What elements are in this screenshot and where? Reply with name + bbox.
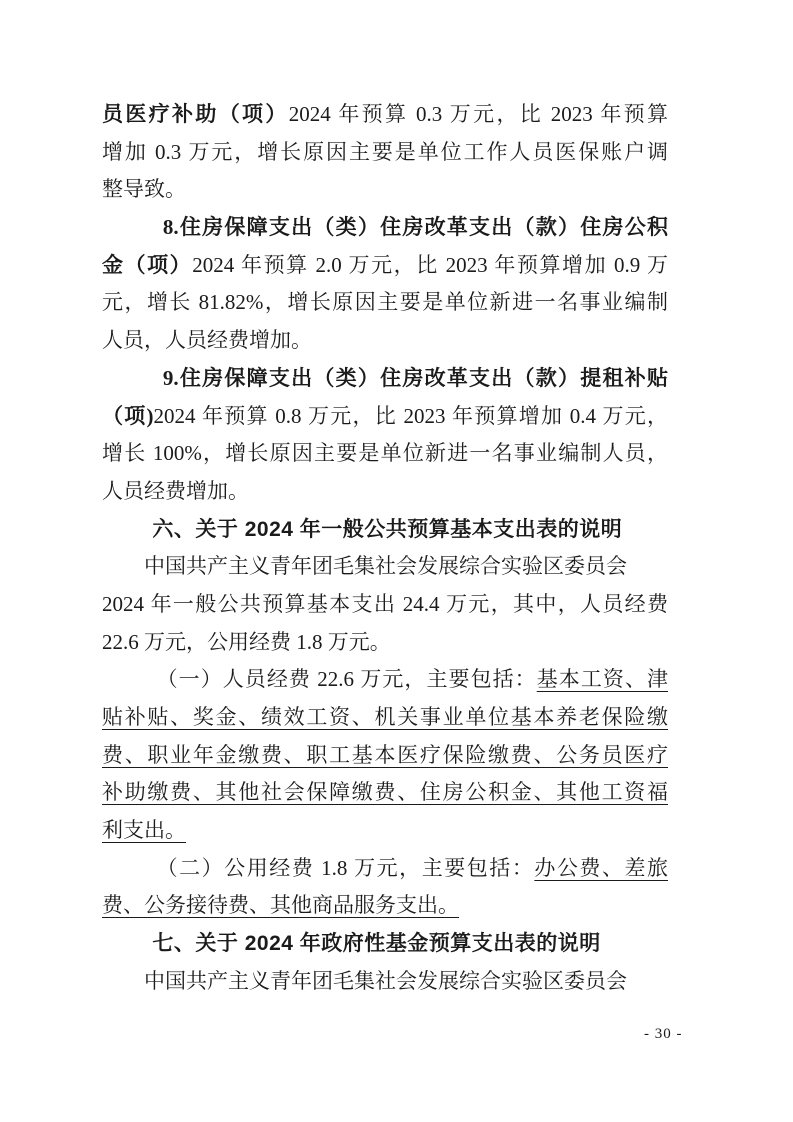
text-segment: 六、关于 2024 年一般公共预算基本支出表的说明 (152, 518, 622, 541)
text-line: 金（项）2024 年预算 2.0 万元，比 2023 年预算增加 0.9 万 (102, 247, 668, 285)
text-segment: 22.6 万元，公用经费 1.8 万元。 (102, 630, 391, 654)
text-line: 人员，人员经费增加。 (102, 322, 668, 360)
text-line: （二）公用经费 1.8 万元，主要包括：办公费、差旅 (102, 850, 668, 888)
document-page: 员医疗补助（项）2024 年预算 0.3 万元，比 2023 年预算增加 0.3… (0, 0, 793, 1122)
text-line: 整导致。 (102, 171, 668, 209)
text-segment: 整导致。 (102, 177, 186, 201)
text-line: （项)2024 年预算 0.8 万元，比 2023 年预算增加 0.4 万元， (102, 398, 668, 436)
text-segment: （项) (102, 404, 154, 428)
text-segment: 办公费、差旅 (534, 856, 668, 880)
page-content: 员医疗补助（项）2024 年预算 0.3 万元，比 2023 年预算增加 0.3… (102, 96, 668, 1001)
text-segment: 元，增长 81.82%，增长原因主要是单位新进一名事业编制 (102, 290, 668, 314)
text-segment: 中国共产主义青年团毛集社会发展综合实验区委员会 (144, 554, 627, 578)
text-line: （一）人员经费 22.6 万元，主要包括：基本工资、津 (102, 661, 668, 699)
text-line: 补助缴费、其他社会保障缴费、住房公积金、其他工资福 (102, 774, 668, 812)
text-line: 费、公务接待费、其他商品服务支出。 (102, 887, 668, 925)
text-segment: 中国共产主义青年团毛集社会发展综合实验区委员会 (144, 969, 627, 993)
page-number: - 30 - (644, 1026, 683, 1043)
text-line: 增加 0.3 万元，增长原因主要是单位工作人员医保账户调 (102, 134, 668, 172)
text-line: 利支出。 (102, 812, 668, 850)
text-segment: （一）人员经费 22.6 万元，主要包括： (157, 667, 537, 691)
text-segment: （二）公用经费 1.8 万元，主要包括： (157, 856, 535, 880)
text-segment: 2024 年一般公共预算基本支出 24.4 万元，其中，人员经费 (102, 592, 668, 616)
text-line: 2024 年一般公共预算基本支出 24.4 万元，其中，人员经费 (102, 586, 668, 624)
text-segment: 人员经费增加。 (102, 479, 249, 503)
text-segment: 2024 年预算 0.8 万元，比 2023 年预算增加 0.4 万元， (154, 404, 669, 428)
text-segment: 贴补贴、奖金、绩效工资、机关事业单位基本养老保险缴 (102, 705, 668, 729)
text-segment: 基本工资、津 (537, 667, 668, 691)
text-segment: 2024 年预算 2.0 万元，比 2023 年预算增加 0.9 万 (192, 253, 668, 277)
text-line: 增长 100%，增长原因主要是单位新进一名事业编制人员， (102, 435, 668, 473)
text-line: 22.6 万元，公用经费 1.8 万元。 (102, 624, 668, 662)
text-line: 8.住房保障支出（类）住房改革支出（款）住房公积 (102, 209, 668, 247)
text-line: 中国共产主义青年团毛集社会发展综合实验区委员会 (102, 548, 668, 586)
text-segment: 费、公务接待费、其他商品服务支出。 (102, 893, 459, 917)
text-segment: 补助缴费、其他社会保障缴费、住房公积金、其他工资福 (102, 780, 668, 804)
text-line: 元，增长 81.82%，增长原因主要是单位新进一名事业编制 (102, 284, 668, 322)
section-heading: 六、关于 2024 年一般公共预算基本支出表的说明 (102, 511, 668, 549)
text-segment: 费、职业年金缴费、职工基本医疗保险缴费、公务员医疗 (102, 743, 668, 767)
text-segment: 9.住房保障支出（类）住房改革支出（款）提租补贴 (163, 366, 668, 390)
text-segment: 员医疗补助（项） (102, 102, 289, 126)
text-segment: 增加 0.3 万元，增长原因主要是单位工作人员医保账户调 (102, 140, 668, 164)
text-segment: 金（项） (102, 253, 192, 277)
text-line: 人员经费增加。 (102, 473, 668, 511)
text-segment: 人员，人员经费增加。 (102, 328, 312, 352)
text-line: 中国共产主义青年团毛集社会发展综合实验区委员会 (102, 963, 668, 1001)
text-line: 贴补贴、奖金、绩效工资、机关事业单位基本养老保险缴 (102, 699, 668, 737)
text-segment: 七、关于 2024 年政府性基金预算支出表的说明 (152, 932, 600, 955)
text-segment: 增长 100%，增长原因主要是单位新进一名事业编制人员， (102, 441, 668, 465)
section-heading: 七、关于 2024 年政府性基金预算支出表的说明 (102, 925, 668, 963)
text-segment: 8.住房保障支出（类）住房改革支出（款）住房公积 (163, 215, 668, 239)
text-segment: 利支出。 (102, 818, 186, 842)
text-line: 9.住房保障支出（类）住房改革支出（款）提租补贴 (102, 360, 668, 398)
text-segment: 2024 年预算 0.3 万元，比 2023 年预算 (289, 102, 668, 126)
text-line: 费、职业年金缴费、职工基本医疗保险缴费、公务员医疗 (102, 737, 668, 775)
text-line: 员医疗补助（项）2024 年预算 0.3 万元，比 2023 年预算 (102, 96, 668, 134)
